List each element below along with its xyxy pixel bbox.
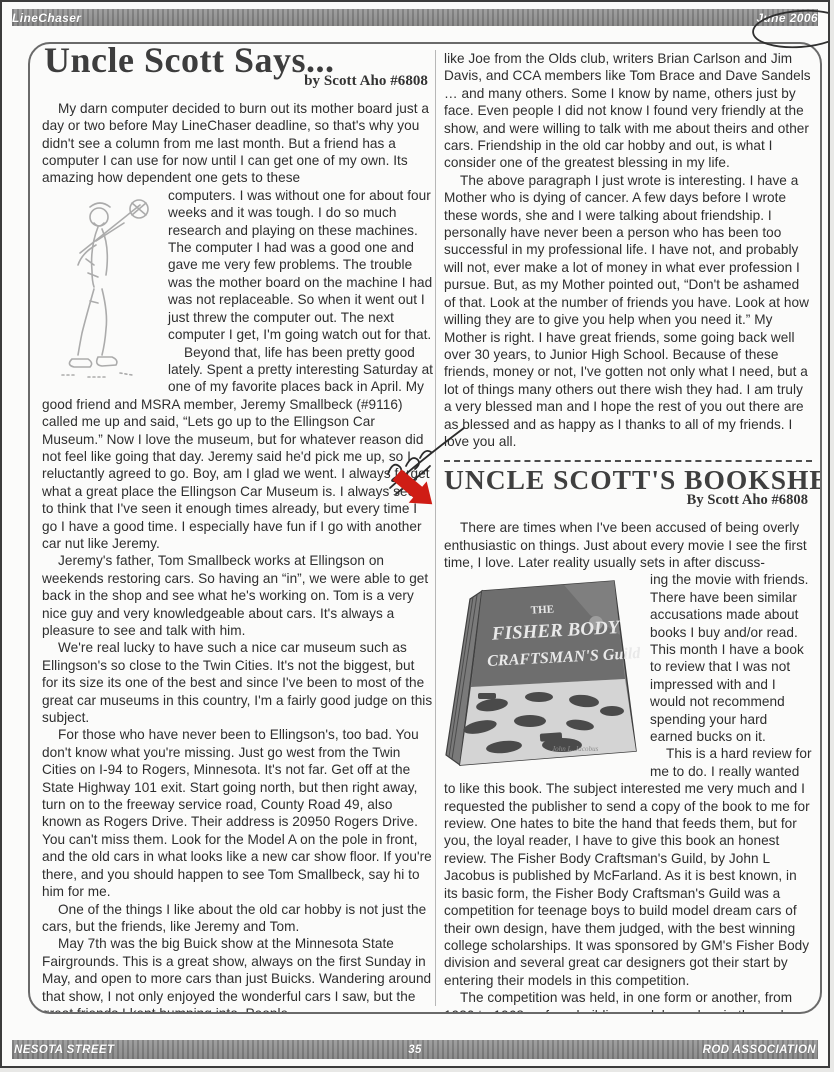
paragraph: One of the things I like about the old c… xyxy=(42,901,434,936)
masthead-bar: LineChaser June 2006 xyxy=(12,9,818,26)
paragraph: We're real lucky to have such a nice car… xyxy=(42,639,434,726)
article-frame: Uncle Scott Says... by Scott Aho #6808 M… xyxy=(28,42,822,1014)
article2-title: UNCLE SCOTT'S BOOKSHELF xyxy=(444,471,812,488)
paragraph: The competition was held, in one form or… xyxy=(444,989,812,1014)
paragraph: The above paragraph I just wrote is inte… xyxy=(444,172,812,451)
paragraph: Jeremy's father, Tom Smallbeck works at … xyxy=(42,552,434,639)
left-column: Uncle Scott Says... by Scott Aho #6808 M… xyxy=(42,50,434,1014)
paragraph: This is a hard review for me to do. I re… xyxy=(444,745,812,989)
paragraph: like Joe from the Olds club, writers Bri… xyxy=(444,50,812,172)
right-column: like Joe from the Olds club, writers Bri… xyxy=(444,50,812,1014)
scanned-newsletter-page: LineChaser June 2006 Uncle Scott Says...… xyxy=(0,0,830,1068)
paragraph: For those who have never been to Ellings… xyxy=(42,726,434,900)
column-divider xyxy=(435,50,436,1006)
issue-date: June 2006 xyxy=(756,11,818,25)
paragraph: My darn computer decided to burn out its… xyxy=(42,100,434,187)
newsletter-brand: LineChaser xyxy=(12,11,81,25)
section-divider xyxy=(444,460,812,462)
paragraph: May 7th was the big Buick show at the Mi… xyxy=(42,935,434,1014)
book-author: John L. Jacobus xyxy=(552,745,599,753)
paragraph: There are times when I've been accused o… xyxy=(444,519,812,571)
book-cover-image: THE FISHER BODY CRAFTSMAN'S Guild xyxy=(444,575,640,773)
book-title-line1: THE xyxy=(530,604,554,617)
text-wrap-zone: THE FISHER BODY CRAFTSMAN'S Guild xyxy=(444,571,812,989)
page-number: 35 xyxy=(12,1044,818,1056)
hobo-cartoon-illustration xyxy=(42,189,158,385)
article1-title: Uncle Scott Says... xyxy=(44,52,434,69)
footer-bar: NESOTA STREET 35 ROD ASSOCIATION xyxy=(12,1040,818,1059)
text-wrap-zone: computers. I was without one for about f… xyxy=(42,187,434,553)
